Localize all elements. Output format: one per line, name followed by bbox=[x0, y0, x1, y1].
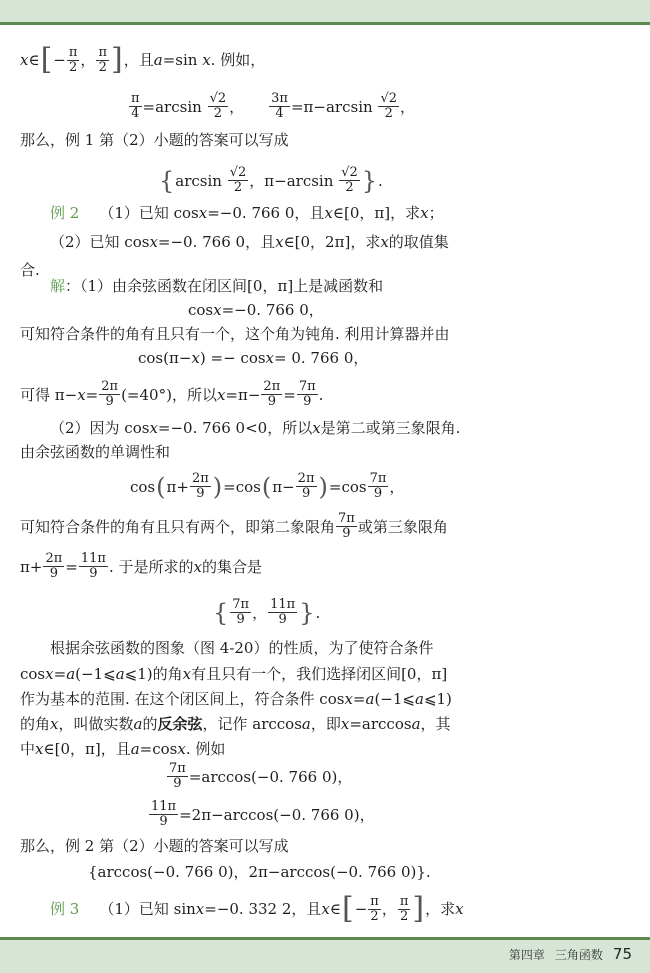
bracket-right: ] bbox=[111, 45, 123, 75]
text-line-7: 合. bbox=[20, 260, 40, 280]
text-line-12: 可得 π− x= 2π9 (=40°)，所以 x =π− 2π9 = 7π9 . bbox=[20, 380, 323, 409]
formula-line-4: { arcsin √22 ，π−arcsin √22 } . bbox=[158, 166, 383, 195]
text-line-23: 中 x ∈[0，π]，且 a =cos x . 例如 bbox=[20, 739, 225, 759]
example-2-part-2: （2）已知 cos x =−0. 766 0，且 x ∈[0，2π]，求 x 的… bbox=[50, 232, 449, 252]
text-line-14: 由余弦函数的单调性和 bbox=[20, 442, 170, 462]
text-line-17: π+ 2π9 = 11π9 . 于是所求的 x 的集合是 bbox=[20, 552, 262, 581]
text-line-13: （2）因为 cos x =−0. 766 0<0，所以 x 是第二或第三象限角. bbox=[50, 418, 460, 438]
example-2-part-1: 例 2 （1）已知 cos x =−0. 766 0，且 x ∈[0，π]，求 … bbox=[50, 203, 444, 223]
solution-label: 解 bbox=[50, 276, 65, 296]
formula-line-25: 11π9 =2π−arccos(−0. 766 0)， bbox=[148, 800, 375, 829]
text-line-1: x ∈ [ − π2 ， π2 ] ， 且 a =sin x . 例如， bbox=[20, 45, 265, 75]
example-label: 例 3 bbox=[50, 899, 79, 919]
formula-line-15: cos ( π+ 2π9 ) =cos ( π− 2π9 ) =cos 7π9 … bbox=[130, 472, 404, 501]
chapter-title: 三角函数 bbox=[555, 946, 603, 963]
page-number: 75 bbox=[613, 945, 632, 963]
solution-line: 解 ：（1）由余弦函数在闭区间[0，π]上是减函数和 bbox=[50, 276, 383, 296]
fraction: π2 bbox=[67, 46, 80, 75]
page-footer: 第四章 三角函数 75 bbox=[509, 945, 632, 963]
formula-line-24: 7π9 =arccos(−0. 766 0)， bbox=[166, 762, 352, 791]
fraction: π2 bbox=[96, 46, 109, 75]
text-line-19: 根据余弦函数的图象（图 4-20）的性质，为了使符合条件 bbox=[50, 638, 433, 658]
text-line-26: 那么，例 2 第（2）小题的答案可以写成 bbox=[20, 836, 289, 856]
header-band bbox=[0, 0, 650, 25]
text-line-10: 可知符合条件的角有且只有一个，这个角为钝角. 利用计算器并由 bbox=[20, 324, 450, 344]
var-x: x bbox=[20, 50, 28, 70]
formula-line-9: cos x =−0. 766 0， bbox=[188, 300, 324, 320]
formula-line-27: {arccos(−0. 766 0)，2π−arccos(−0. 766 0)}… bbox=[88, 862, 431, 882]
text-line-20: cos x = a (−1⩽ a ⩽1)的角 x 有且只有一个，我们选择闭区间[… bbox=[20, 664, 447, 684]
text-line-21: 作为基本的范围. 在这个闭区间上，符合条件 cos x = a (−1⩽ a ⩽… bbox=[20, 689, 452, 709]
text-line-22: 的角 x ，叫做实数 a 的 反余弦 ，记作 arccos a ，即 x =ar… bbox=[20, 714, 451, 734]
minus: − bbox=[53, 50, 66, 70]
text-line-16: 可知符合条件的角有且只有两个，即第二象限角 7π9 或第三象限角 bbox=[20, 512, 448, 541]
chapter-label: 第四章 bbox=[509, 946, 545, 963]
formula-line-2: π4 =arcsin √22 ， 3π4 =π−arcsin √22 ， bbox=[128, 92, 415, 121]
formula-line-18: { 7π9 ， 11π9 } . bbox=[212, 598, 320, 627]
text-line-3: 那么，例 1 第（2）小题的答案可以写成 bbox=[20, 130, 289, 150]
formula-line-11: cos(π− x ) =− cos x = 0. 766 0， bbox=[138, 348, 368, 368]
symbol-in: ∈ bbox=[28, 50, 39, 70]
term-arccos: 反余弦 bbox=[157, 714, 202, 734]
example-label: 例 2 bbox=[50, 203, 79, 223]
bracket-left: [ bbox=[41, 45, 53, 75]
example-3-part-1: 例 3 （1）已知 sin x =−0. 332 2，且 x ∈ [ − π2 … bbox=[50, 894, 464, 924]
